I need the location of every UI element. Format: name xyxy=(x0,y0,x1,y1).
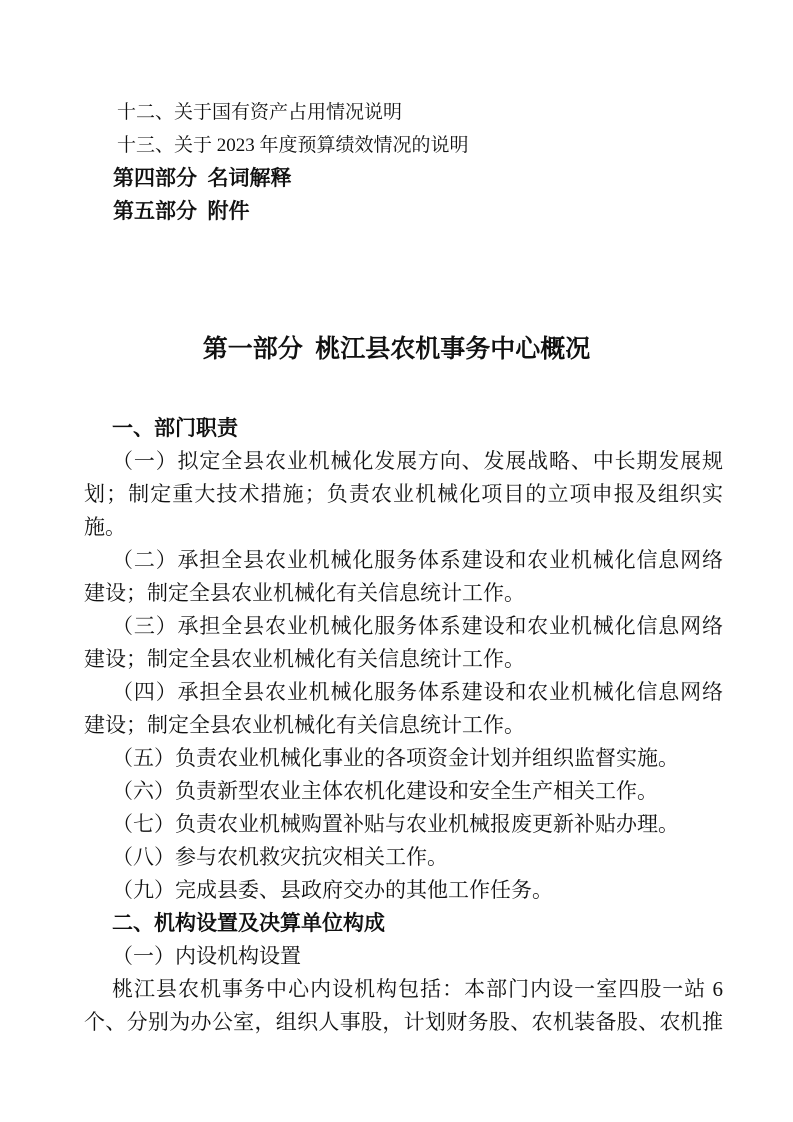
paragraph-line: （四）承担全县农业机械化服务体系建设和农业机械化信息网络 xyxy=(84,676,723,709)
paragraph-line: （二）承担全县农业机械化服务体系建设和农业机械化信息网络 xyxy=(84,544,723,577)
toc-block: 十二、关于国有资产占用情况说明 十三、关于 2023 年度预算绩效情况的说明 第… xyxy=(84,96,723,228)
toc-part-heading: 第四部分 名词解释 xyxy=(84,162,723,195)
paragraph-line: （一）拟定全县农业机械化发展方向、发展战略、中长期发展规 xyxy=(84,445,723,478)
section-heading: 二、机构设置及决算单位构成 xyxy=(84,907,723,940)
paragraph-line: （五）负责农业机械化事业的各项资金计划并组织监督实施。 xyxy=(84,742,723,775)
paragraph-line: 个、分别为办公室，组织人事股，计划财务股、农机装备股、农机推 xyxy=(84,1006,723,1039)
document-page: 十二、关于国有资产占用情况说明 十三、关于 2023 年度预算绩效情况的说明 第… xyxy=(0,0,793,1122)
section-heading: 一、部门职责 xyxy=(84,412,723,445)
body-text: 一、部门职责 （一）拟定全县农业机械化发展方向、发展战略、中长期发展规 划；制定… xyxy=(84,412,723,1039)
document-title: 第一部分 桃江县农机事务中心概况 xyxy=(0,328,793,372)
paragraph-line: （九）完成县委、县政府交办的其他工作任务。 xyxy=(84,874,723,907)
paragraph-line: 施。 xyxy=(84,511,723,544)
toc-item: 十二、关于国有资产占用情况说明 xyxy=(84,96,723,129)
paragraph-line: （六）负责新型农业主体农机化建设和安全生产相关工作。 xyxy=(84,775,723,808)
paragraph-line: 建设；制定全县农业机械化有关信息统计工作。 xyxy=(84,709,723,742)
paragraph-line: 桃江县农机事务中心内设机构包括：本部门内设一室四股一站 6 xyxy=(84,973,723,1006)
paragraph-line: （三）承担全县农业机械化服务体系建设和农业机械化信息网络 xyxy=(84,610,723,643)
paragraph-line: （七）负责农业机械购置补贴与农业机械报废更新补贴办理。 xyxy=(84,808,723,841)
paragraph-line: 建设；制定全县农业机械化有关信息统计工作。 xyxy=(84,643,723,676)
paragraph-line: （八）参与农机救灾抗灾相关工作。 xyxy=(84,841,723,874)
paragraph-line: （一）内设机构设置 xyxy=(84,940,723,973)
toc-item: 十三、关于 2023 年度预算绩效情况的说明 xyxy=(84,129,723,162)
paragraph-line: 划；制定重大技术措施；负责农业机械化项目的立项申报及组织实 xyxy=(84,478,723,511)
toc-part-heading: 第五部分 附件 xyxy=(84,195,723,228)
paragraph-line: 建设；制定全县农业机械化有关信息统计工作。 xyxy=(84,577,723,610)
